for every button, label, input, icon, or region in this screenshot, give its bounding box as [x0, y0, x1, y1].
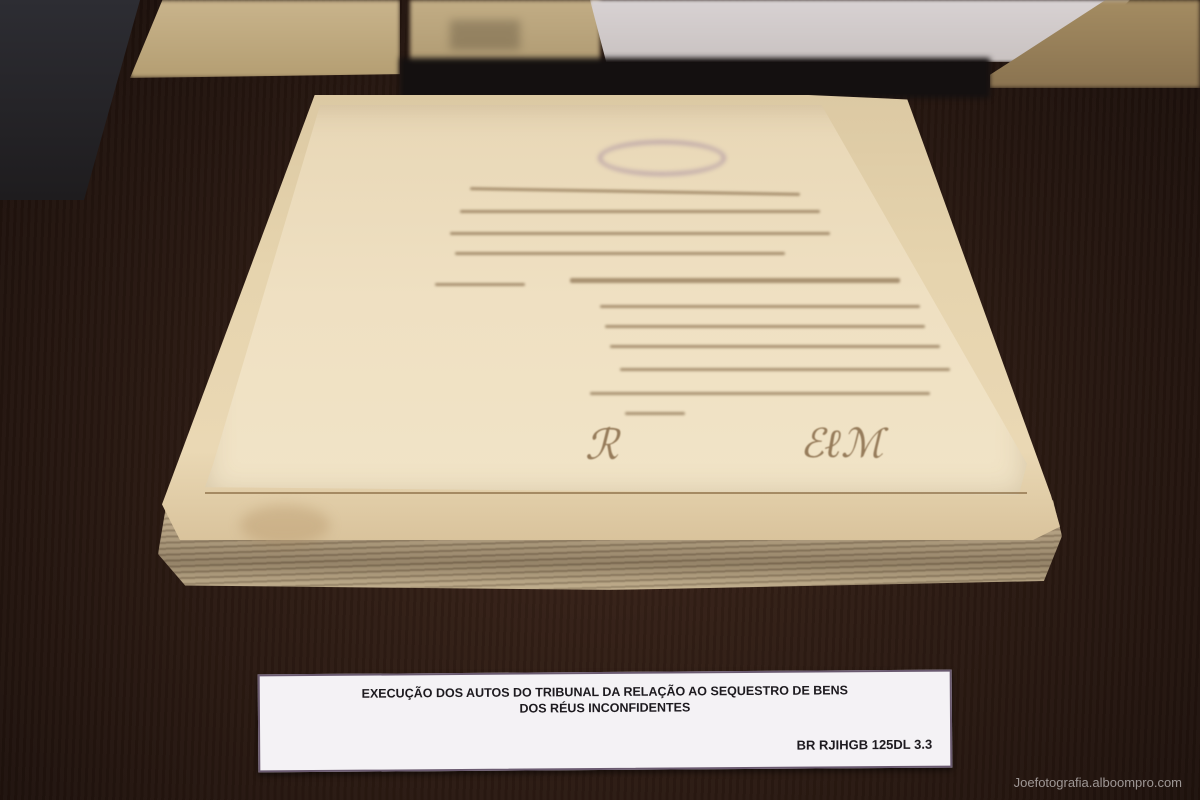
handwriting-line: [435, 283, 525, 286]
handwriting-line: [460, 210, 820, 213]
paper-stain: [240, 505, 330, 545]
handwriting-line: [570, 278, 900, 283]
handwriting-line: [455, 252, 785, 255]
handwriting-line: [450, 232, 830, 235]
monogram-signature-icon: ℛ: [585, 420, 619, 469]
handwriting-line: [625, 412, 685, 415]
handwriting-line: [600, 305, 920, 308]
oval-stamp-icon: [598, 140, 726, 176]
signature-flourish-icon: ℰℓℳ: [800, 420, 884, 467]
handwriting-line: [620, 368, 950, 371]
photographer-watermark: Joefotografia.alboompro.com: [1014, 775, 1182, 790]
exhibit-label-title: EXECUÇÃO DOS AUTOS DO TRIBUNAL DA RELAÇÃ…: [270, 682, 940, 719]
exhibit-label-card: EXECUÇÃO DOS AUTOS DO TRIBUNAL DA RELAÇÃ…: [258, 670, 953, 773]
handwriting-line: [590, 392, 930, 395]
page-ruled-border: [205, 470, 1027, 494]
background-document-left: [130, 0, 400, 78]
archive-reference-code: BR RJIHGB 125DL 3.3: [797, 737, 933, 753]
handwriting-line: [605, 325, 925, 328]
handwriting-line: [610, 345, 940, 348]
background-shadow: [400, 58, 990, 98]
